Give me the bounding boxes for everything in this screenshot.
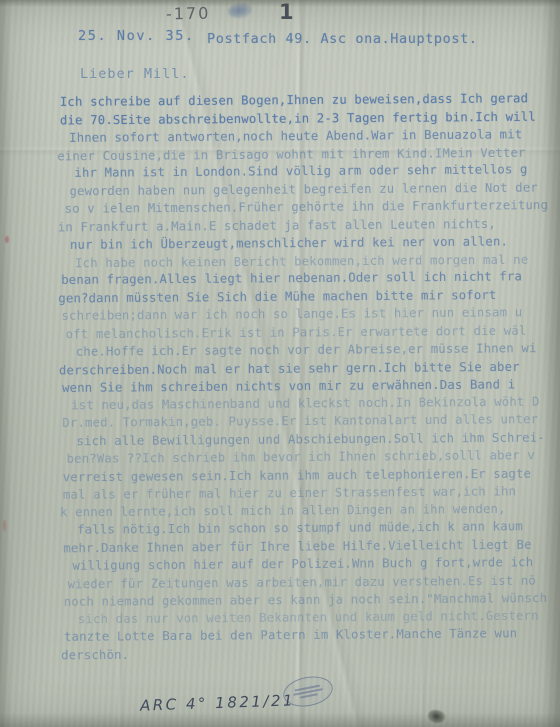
typed-line: derschön.: [61, 644, 550, 666]
ink-blot: [426, 708, 446, 726]
letter-salutation: Lieber Mill.: [80, 66, 190, 82]
scanned-letter-page: -170 1 25. Nov. 35. Postfach 49. Asc ona…: [0, 0, 560, 727]
red-speck: [5, 236, 9, 243]
letter-return-address: Postfach 49. Asc ona.Hauptpost.: [207, 31, 478, 47]
letter-date: 25. Nov. 35.: [78, 28, 195, 44]
letter-body: Ich schreibe auf diesen Bogen,Ihnen zu b…: [60, 90, 550, 665]
handwritten-archive-number: ARC 4° 1821/21: [140, 691, 296, 714]
ink-smudge-mark: [227, 1, 253, 19]
pencil-page-annotation: -170: [166, 4, 211, 24]
red-speck: [3, 520, 6, 531]
handwritten-page-number: 1: [279, 0, 294, 24]
